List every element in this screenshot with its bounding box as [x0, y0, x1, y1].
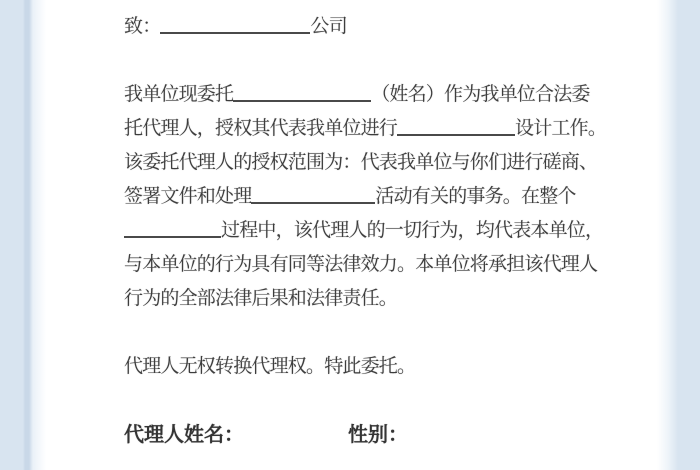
scanned-authorization-letter-page: 致：公司我单位现委托（姓名）作为我单位合法委托代理人，授权其代表我单位进行设计工… [0, 0, 700, 470]
addressee-line-text: 致： [124, 16, 160, 37]
signature-line-text: 代理人姓名： [124, 424, 244, 446]
closing-line: 代理人无权转换代理权。特此委托。 [124, 350, 604, 384]
body-line-4: 签署文件和处理活动有关的事务。在整个 [124, 180, 604, 214]
body-line-7-text: 行为的全部法律后果和法律责任。 [124, 288, 397, 309]
body-line-2: 托代理人，授权其代表我单位进行设计工作。 [124, 112, 604, 146]
signature-line: 代理人姓名：性别： [124, 418, 604, 452]
blank-underline-field [233, 80, 371, 102]
blank-underline-field [397, 114, 515, 136]
blank-underline-field [124, 216, 221, 238]
spacer-line [124, 384, 604, 418]
body-line-5-text: 过程中，该代理人的一切行为，均代表本单位， [221, 220, 603, 241]
spacer-line [124, 316, 604, 350]
body-line-5: 过程中，该代理人的一切行为，均代表本单位， [124, 214, 604, 248]
blank-underline-field [160, 12, 310, 34]
body-line-6: 与本单位的行为具有同等法律效力。本单位将承担该代理人 [124, 248, 604, 282]
body-line-6-text: 与本单位的行为具有同等法律效力。本单位将承担该代理人 [124, 254, 597, 275]
body-line-7: 行为的全部法律后果和法律责任。 [124, 282, 604, 316]
body-line-1-text: （姓名）作为我单位合法委 [371, 84, 589, 105]
spacer-line [124, 44, 604, 78]
document-text-block: 致：公司我单位现委托（姓名）作为我单位合法委托代理人，授权其代表我单位进行设计工… [124, 10, 604, 452]
body-line-1: 我单位现委托（姓名）作为我单位合法委 [124, 78, 604, 112]
closing-line-text: 代理人无权转换代理权。特此委托。 [124, 356, 415, 377]
addressee-line: 致：公司 [124, 10, 604, 44]
signature-line-text: 性别： [348, 424, 408, 446]
body-line-2-text: 托代理人，授权其代表我单位进行 [124, 118, 397, 139]
label-gap [244, 440, 348, 441]
blank-underline-field [251, 182, 375, 204]
body-line-4-text: 活动有关的事务。在整个 [375, 186, 575, 207]
body-line-3-text: 该委托代理人的授权范围为：代表我单位与你们进行磋商、 [124, 152, 597, 173]
body-line-1-text: 我单位现委托 [124, 84, 233, 105]
body-line-2-text: 设计工作。 [515, 118, 606, 139]
addressee-line-text: 公司 [310, 16, 346, 37]
body-line-3: 该委托代理人的授权范围为：代表我单位与你们进行磋商、 [124, 146, 604, 180]
body-line-4-text: 签署文件和处理 [124, 186, 251, 207]
